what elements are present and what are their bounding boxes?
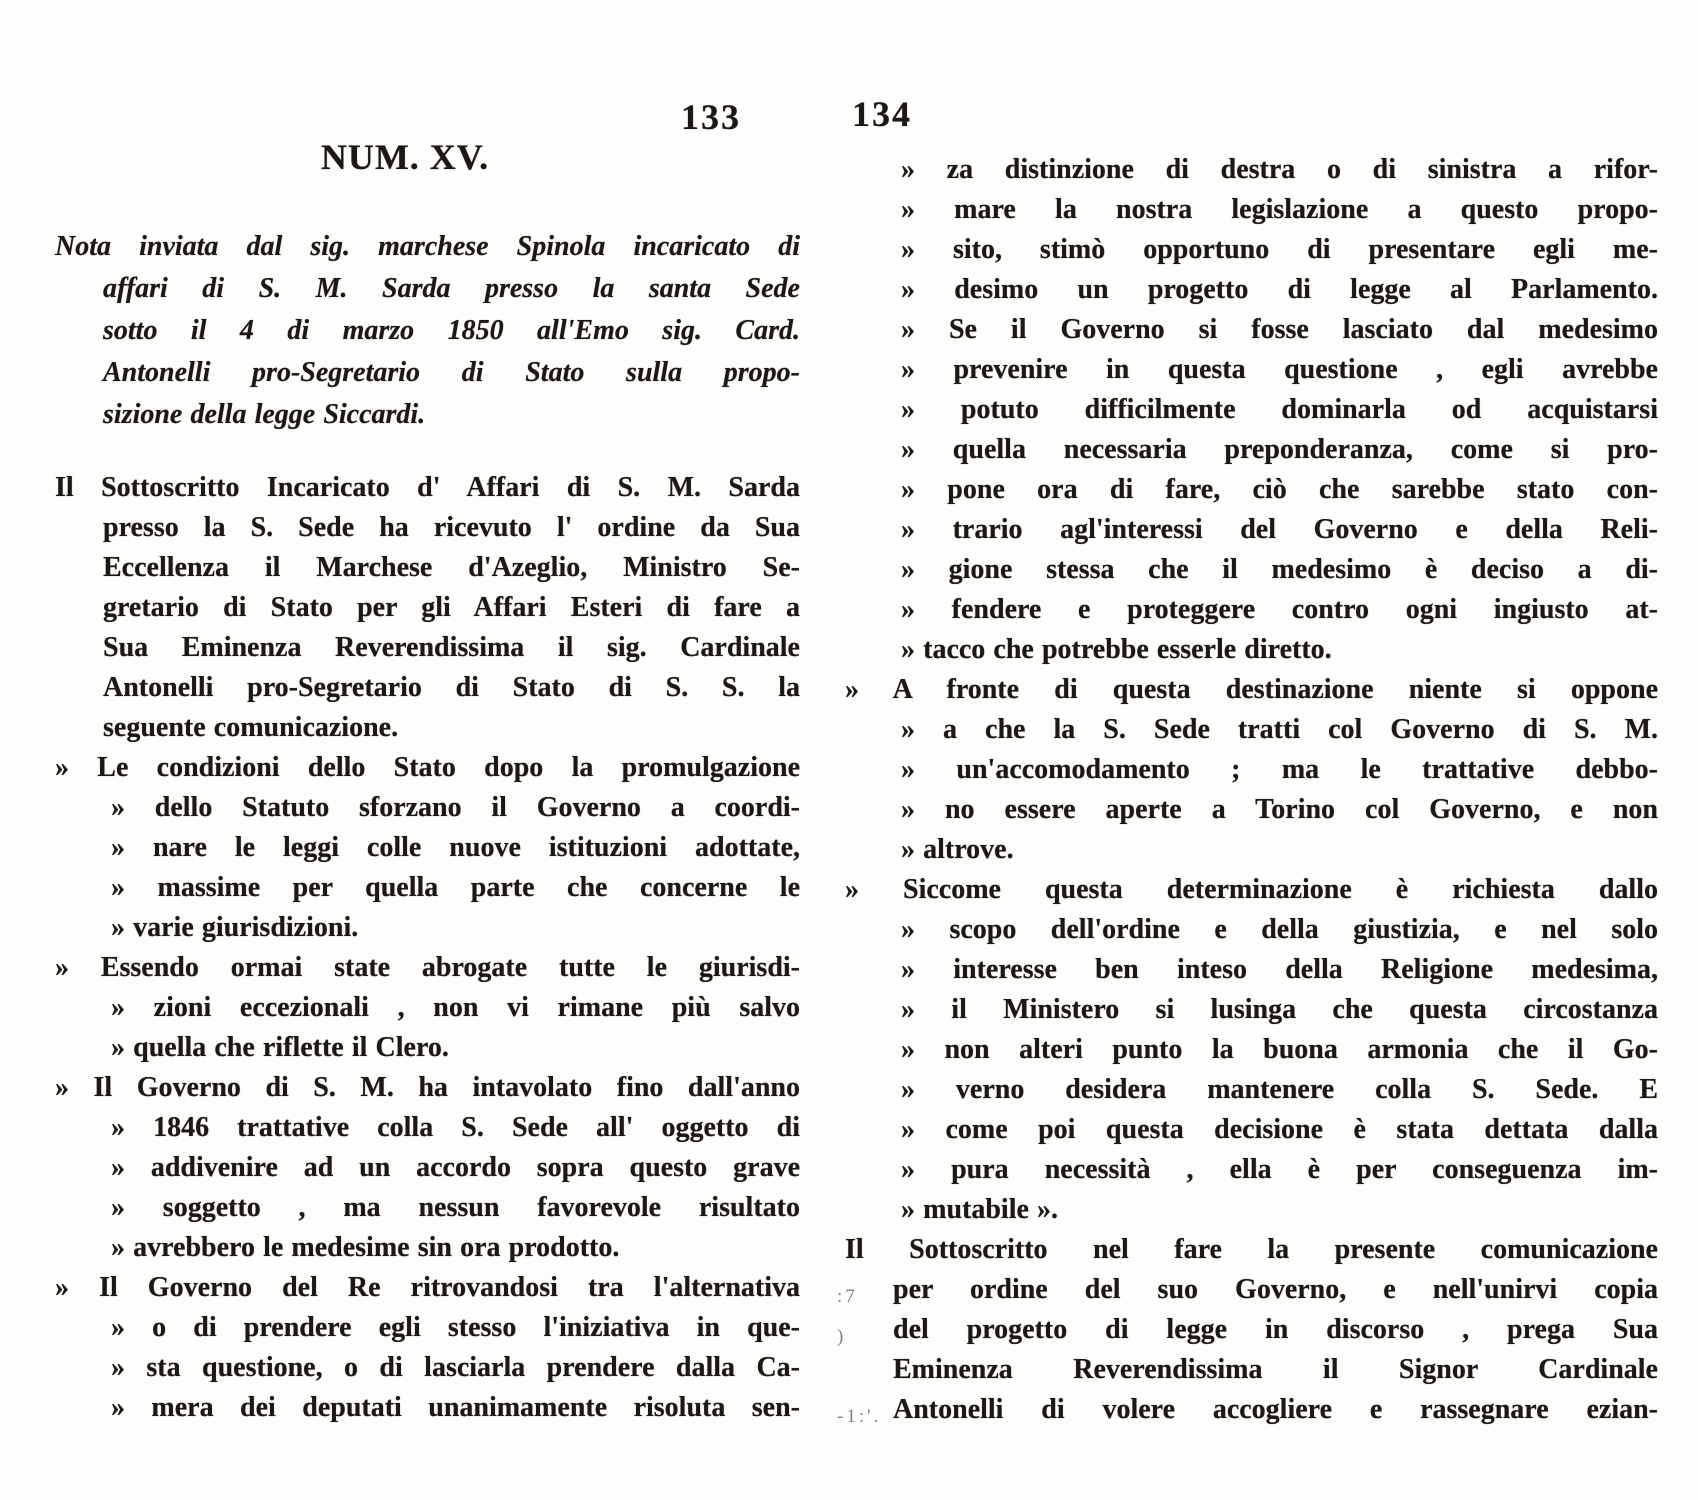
text-line: » sta questione, o di lasciarla prendere…	[55, 1348, 800, 1388]
text-line: Antonelli pro-Segretario di Stato sulla …	[55, 352, 800, 394]
text-line: » a che la S. Sede tratti col Governo di…	[845, 710, 1658, 750]
text-line-content: » mutabile ».	[901, 1194, 1058, 1225]
text-line-content: » pone ora di fare, ciò che sarebbe stat…	[901, 474, 1658, 505]
text-line-content: » Siccome questa determinazione è richie…	[845, 874, 1658, 905]
text-line-content: » 1846 trattative colla S. Sede all' ogg…	[111, 1112, 800, 1143]
text-line: sotto il 4 di marzo 1850 all'Emo sig. Ca…	[55, 310, 800, 352]
text-line-content: » Il Governo di S. M. ha intavolato fino…	[55, 1072, 800, 1103]
text-line: » come poi questa decisione è stata dett…	[845, 1110, 1658, 1150]
text-line: » Il Governo del Re ritrovandosi tra l'a…	[55, 1268, 800, 1308]
text-line-content: » za distinzione di destra o di sinistra…	[901, 154, 1658, 185]
text-line-content: » mare la nostra legislazione a questo p…	[901, 194, 1658, 225]
text-line: Sua Eminenza Reverendissima il sig. Card…	[55, 628, 800, 668]
left-page-body: Il Sottoscritto Incaricato d' Affari di …	[55, 468, 800, 1428]
text-line-content: » interesse ben inteso della Religione m…	[901, 954, 1658, 985]
text-line: » un'accomodamento ; ma le trattative de…	[845, 750, 1658, 790]
text-line: » trario agl'interessi del Governo e del…	[845, 510, 1658, 550]
text-line-content: » potuto difficilmente dominarla od acqu…	[901, 394, 1658, 425]
text-line-content: » altrove.	[901, 834, 1014, 865]
text-line-content: » gione stessa che il medesimo è deciso …	[901, 554, 1658, 585]
text-line-content: Eccellenza il Marchese d'Azeglio, Minist…	[103, 552, 800, 583]
text-line-content: » soggetto , ma nessun favorevole risult…	[111, 1192, 800, 1223]
text-line: seguente comunicazione.	[55, 708, 800, 748]
text-line: » interesse ben inteso della Religione m…	[845, 950, 1658, 990]
text-line-content: » verno desidera mantenere colla S. Sede…	[901, 1074, 1658, 1105]
text-line-content: Antonelli pro-Segretario di Stato di S. …	[103, 672, 800, 703]
text-line-content: » scopo dell'ordine e della giustizia, e…	[901, 914, 1658, 945]
note-title: Nota inviata dal sig. marchese Spinola i…	[55, 226, 800, 436]
text-line-content: Eminenza Reverendissima il Signor Cardin…	[893, 1354, 1658, 1385]
text-line-content: » desimo un progetto di legge al Parlame…	[901, 274, 1658, 305]
text-line: Antonelli pro-Segretario di Stato di S. …	[55, 668, 800, 708]
text-line-content: Il Sottoscritto Incaricato d' Affari di …	[55, 472, 800, 503]
text-line: » scopo dell'ordine e della giustizia, e…	[845, 910, 1658, 950]
text-line-content: Antonelli di volere accogliere e rassegn…	[893, 1394, 1658, 1425]
text-line: » nare le leggi colle nuove istituzioni …	[55, 828, 800, 868]
book-scan-spread: 133 NUM. XV. Nota inviata dal sig. march…	[0, 0, 1698, 1500]
text-line: » non alteri punto la buona armonia che …	[845, 1030, 1658, 1070]
text-line-content: » tacco che potrebbe esserle diretto.	[901, 634, 1332, 665]
text-line: » no essere aperte a Torino col Governo,…	[845, 790, 1658, 830]
text-line-content: » pura necessità , ella è per conseguenz…	[901, 1154, 1658, 1185]
text-line: » mutabile ».	[845, 1190, 1658, 1230]
text-line: Eminenza Reverendissima il Signor Cardin…	[845, 1350, 1658, 1390]
text-line: » quella necessaria preponderanza, come …	[845, 430, 1658, 470]
text-line: » A fronte di questa destinazione niente…	[845, 670, 1658, 710]
text-line: » quella che riflette il Clero.	[55, 1028, 800, 1068]
text-line: presso la S. Sede ha ricevuto l' ordine …	[55, 508, 800, 548]
text-line-content: Nota inviata dal sig. marchese Spinola i…	[55, 231, 800, 262]
text-line: Il Sottoscritto nel fare la presente com…	[845, 1230, 1658, 1270]
text-line: » massime per quella parte che concerne …	[55, 868, 800, 908]
text-line-content: » trario agl'interessi del Governo e del…	[901, 514, 1658, 545]
page-number-right: 134	[852, 93, 912, 135]
text-line-content: sizione della legge Siccardi.	[103, 399, 425, 430]
page-number-left: 133	[681, 96, 741, 138]
text-line: » gione stessa che il medesimo è deciso …	[845, 550, 1658, 590]
section-heading: NUM. XV.	[55, 136, 755, 178]
text-line-content: Antonelli pro-Segretario di Stato sulla …	[103, 357, 800, 388]
text-line: » desimo un progetto di legge al Parlame…	[845, 270, 1658, 310]
text-line-content: per ordine del suo Governo, e nell'unirv…	[893, 1274, 1658, 1305]
text-line-content: » fendere e proteggere contro ogni ingiu…	[901, 594, 1658, 625]
text-line: » soggetto , ma nessun favorevole risult…	[55, 1188, 800, 1228]
text-line-content: » Se il Governo si fosse lasciato dal me…	[901, 314, 1658, 345]
text-line: » zioni eccezionali , non vi rimane più …	[55, 988, 800, 1028]
text-line-content: » come poi questa decisione è stata dett…	[901, 1114, 1658, 1145]
text-line: » za distinzione di destra o di sinistra…	[845, 150, 1658, 190]
right-page-body: » za distinzione di destra o di sinistra…	[845, 150, 1658, 1430]
text-line: » sito, stimò opportuno di presentare eg…	[845, 230, 1658, 270]
text-line: Eccellenza il Marchese d'Azeglio, Minist…	[55, 548, 800, 588]
text-line: » Le condizioni dello Stato dopo la prom…	[55, 748, 800, 788]
text-line-content: del progetto di legge in discorso , preg…	[893, 1314, 1658, 1345]
text-line: » Essendo ormai state abrogate tutte le …	[55, 948, 800, 988]
text-line-content: » Le condizioni dello Stato dopo la prom…	[55, 752, 800, 783]
text-line-content: » nare le leggi colle nuove istituzioni …	[111, 832, 800, 863]
text-line-content: affari di S. M. Sarda presso la santa Se…	[103, 273, 800, 304]
text-line-content: » quella necessaria preponderanza, come …	[901, 434, 1658, 465]
text-line-content: » dello Statuto sforzano il Governo a co…	[111, 792, 800, 823]
text-line-content: » Essendo ormai state abrogate tutte le …	[55, 952, 800, 983]
text-line: » fendere e proteggere contro ogni ingiu…	[845, 590, 1658, 630]
text-line-content: » Il Governo del Re ritrovandosi tra l'a…	[55, 1272, 800, 1303]
text-line-content: » A fronte di questa destinazione niente…	[845, 674, 1658, 705]
text-line-content: » zioni eccezionali , non vi rimane più …	[111, 992, 800, 1023]
text-line: -1:'.Antonelli di volere accogliere e ra…	[845, 1390, 1658, 1430]
text-line: Il Sottoscritto Incaricato d' Affari di …	[55, 468, 800, 508]
text-line: )del progetto di legge in discorso , pre…	[845, 1310, 1658, 1350]
text-line: » avrebbero le medesime sin ora prodotto…	[55, 1228, 800, 1268]
text-line: » o di prendere egli stesso l'iniziativa…	[55, 1308, 800, 1348]
text-line-content: sotto il 4 di marzo 1850 all'Emo sig. Ca…	[103, 315, 800, 346]
text-line: » il Ministero si lusinga che questa cir…	[845, 990, 1658, 1030]
text-line-content: » non alteri punto la buona armonia che …	[901, 1034, 1658, 1065]
text-line-content: » sta questione, o di lasciarla prendere…	[111, 1352, 800, 1383]
text-line-content: » addivenire ad un accordo sopra questo …	[111, 1152, 800, 1183]
text-line: sizione della legge Siccardi.	[55, 394, 800, 436]
text-line: » verno desidera mantenere colla S. Sede…	[845, 1070, 1658, 1110]
text-line-content: » sito, stimò opportuno di presentare eg…	[901, 234, 1658, 265]
text-line: » Siccome questa determinazione è richie…	[845, 870, 1658, 910]
text-line-content: » o di prendere egli stesso l'iniziativa…	[111, 1312, 800, 1343]
text-line: Nota inviata dal sig. marchese Spinola i…	[55, 226, 800, 268]
text-line-content: presso la S. Sede ha ricevuto l' ordine …	[103, 512, 800, 543]
text-line-content: seguente comunicazione.	[103, 712, 398, 743]
text-line: » varie giurisdizioni.	[55, 908, 800, 948]
text-line: » tacco che potrebbe esserle diretto.	[845, 630, 1658, 670]
text-line-content: » quella che riflette il Clero.	[111, 1032, 449, 1063]
text-line-content: Sua Eminenza Reverendissima il sig. Card…	[103, 632, 800, 663]
text-line: » potuto difficilmente dominarla od acqu…	[845, 390, 1658, 430]
text-line-content: » mera dei deputati unanimamente risolut…	[111, 1392, 800, 1423]
text-line: » dello Statuto sforzano il Governo a co…	[55, 788, 800, 828]
text-line: » Se il Governo si fosse lasciato dal me…	[845, 310, 1658, 350]
text-line: gretario di Stato per gli Affari Esteri …	[55, 588, 800, 628]
text-line: » altrove.	[845, 830, 1658, 870]
text-line-content: » no essere aperte a Torino col Governo,…	[901, 794, 1658, 825]
text-line: » 1846 trattative colla S. Sede all' ogg…	[55, 1108, 800, 1148]
text-line-content: » avrebbero le medesime sin ora prodotto…	[111, 1232, 619, 1263]
text-line: » prevenire in questa questione , egli a…	[845, 350, 1658, 390]
text-line-content: gretario di Stato per gli Affari Esteri …	[103, 592, 800, 623]
text-line-content: » a che la S. Sede tratti col Governo di…	[901, 714, 1658, 745]
text-line: affari di S. M. Sarda presso la santa Se…	[55, 268, 800, 310]
text-line: :7per ordine del suo Governo, e nell'uni…	[845, 1270, 1658, 1310]
text-line-content: » un'accomodamento ; ma le trattative de…	[901, 754, 1658, 785]
text-line-content: » massime per quella parte che concerne …	[111, 872, 800, 903]
text-line: » addivenire ad un accordo sopra questo …	[55, 1148, 800, 1188]
text-line-content: » prevenire in questa questione , egli a…	[901, 354, 1658, 385]
text-line: » mare la nostra legislazione a questo p…	[845, 190, 1658, 230]
text-line-content: » varie giurisdizioni.	[111, 912, 358, 943]
scan-artifact: -1:'.	[837, 1397, 881, 1437]
text-line: » mera dei deputati unanimamente risolut…	[55, 1388, 800, 1428]
text-line: » Il Governo di S. M. ha intavolato fino…	[55, 1068, 800, 1108]
text-line-content: Il Sottoscritto nel fare la presente com…	[845, 1234, 1658, 1265]
text-line: » pura necessità , ella è per conseguenz…	[845, 1150, 1658, 1190]
text-line-content: » il Ministero si lusinga che questa cir…	[901, 994, 1658, 1025]
text-line: » pone ora di fare, ciò che sarebbe stat…	[845, 470, 1658, 510]
